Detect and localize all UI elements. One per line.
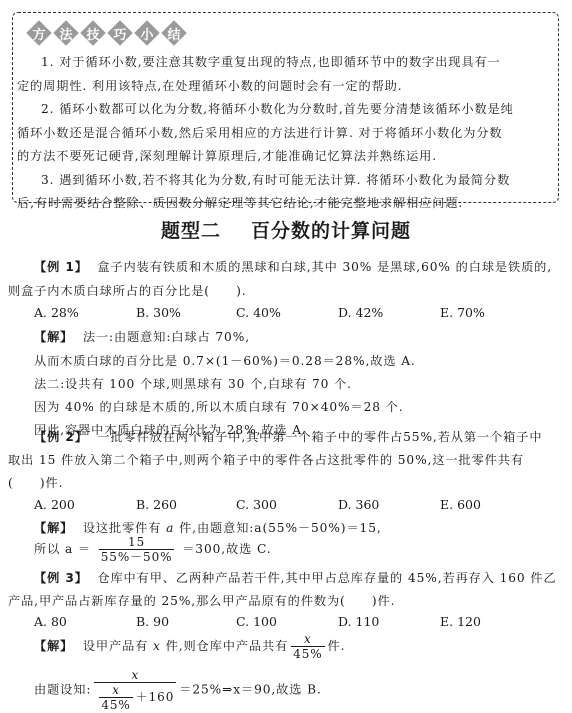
option-d: D. 42% (338, 305, 383, 320)
badge: 法 (54, 21, 78, 45)
example2-line3: ( )件. (8, 474, 63, 491)
option-d: D. 110 (338, 614, 379, 629)
badge: 小 (135, 21, 159, 45)
example2-heading: 【例 2】 一批零件放在两个箱子中,其中第一个箱子中的零件占55%,若从第一个箱… (34, 428, 542, 445)
method-summary-box: 方 法 技 巧 小 结 1. 对于循环小数,要注意其数字重复出现的特点,也即循环… (12, 12, 559, 203)
example1-solution-line1: 【解】 法一:由题意知:白球占 70%, (34, 328, 250, 345)
badge: 巧 (108, 21, 132, 45)
solution-tag: 【解】 (34, 521, 73, 535)
example2-line2: 取出 15 件放入第二个箱子中,则两个箱子中的零件各占这批零件的 50%,这一批… (8, 451, 524, 468)
example-tag: 【例 3】 (34, 571, 88, 585)
option-a: A. 80 (34, 614, 67, 629)
option-e: E. 600 (440, 497, 481, 512)
option-c: C. 300 (236, 497, 277, 512)
example1-line1: 【例 1】 盒子内装有铁质和木质的黑球和白球,其中 30% 是黑球,60% 的白… (34, 258, 552, 275)
fraction: x45% (99, 683, 132, 712)
example3-line2: 产品,甲产品占新库存量的 25%,那么甲产品原有的件数为( )件. (8, 592, 395, 609)
option-a: A. 200 (34, 497, 75, 512)
example3-heading: 【例 3】 仓库中有甲、乙两种产品若干件,其中甲占总库存量的 45%,若再存入 … (34, 569, 557, 586)
option-a: A. 28% (34, 305, 79, 320)
example1-line2: 则盒子内木质白球所占的百分比是( ). (8, 282, 247, 299)
section-title: 题型二百分数的计算问题 (0, 216, 572, 243)
option-b: B. 90 (136, 614, 169, 629)
example1-solution-line2: 从而木质白球的百分比是 0.7×(1－60%)＝0.28＝28%,故选 A. (34, 352, 416, 369)
summary-paragraph: 1. 对于循环小数,要注意其数字重复出现的特点,也即循环节中的数字出现具有一 定… (17, 51, 552, 216)
example1-solution-line3: 法二:设共有 100 个球,则黑球有 30 个,白球有 70 个. (34, 375, 352, 392)
option-b: B. 30% (136, 305, 181, 320)
solution-tag: 【解】 (34, 639, 73, 653)
example-tag: 【例 1】 (34, 260, 88, 274)
badge: 方 (27, 21, 51, 45)
fraction: x45% (291, 632, 324, 661)
summary-heading-badges: 方 法 技 巧 小 结 (27, 21, 186, 45)
option-e: E. 70% (440, 305, 485, 320)
option-d: D. 360 (338, 497, 379, 512)
example1-solution-line4: 因为 40% 的白球是木质的,所以木质白球有 70×40%＝28 个. (34, 398, 404, 415)
example2-solution-line1: 【解】 设这批零件有 a 件,由题意知:a(55%－50%)＝15, (34, 519, 382, 536)
option-c: C. 100 (236, 614, 277, 629)
example3-solution-line2: 由题设知:xx45%＋160＝25%⇒x＝90,故选 B. (34, 668, 322, 712)
option-e: E. 120 (440, 614, 481, 629)
complex-fraction: xx45%＋160 (94, 668, 176, 712)
solution-tag: 【解】 (34, 330, 73, 344)
option-b: B. 260 (136, 497, 177, 512)
example3-solution-line1: 【解】 设甲产品有 x 件,则仓库中产品共有x45%件. (34, 632, 345, 661)
badge: 结 (162, 21, 186, 45)
badge: 技 (81, 21, 105, 45)
option-c: C. 40% (236, 305, 281, 320)
example2-solution-line2: 所以 a ＝ 15 55%－50% ＝300,故选 C. (34, 535, 272, 564)
fraction: 15 55%－50% (99, 535, 175, 564)
example-tag: 【例 2】 (34, 430, 88, 444)
